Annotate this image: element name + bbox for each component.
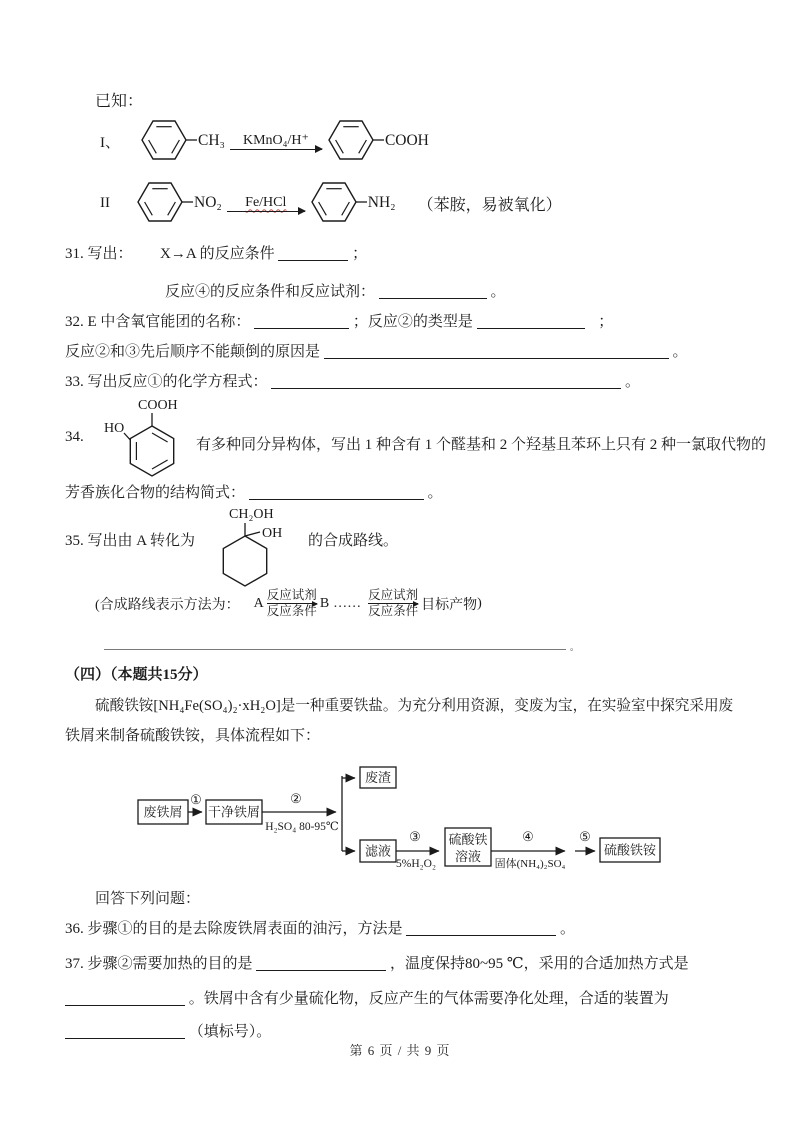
substituent-label: COOH [385, 132, 429, 150]
reaction-arrow: KMnO₄/H⁺ [230, 133, 322, 150]
flow-step2: ② [290, 791, 302, 806]
q33-text: 33. 写出反应①的化学方程式： [65, 374, 268, 390]
flow-box-fesol-line2: 溶液 [455, 849, 481, 864]
q36-text: 36. 步骤①的目的是去除废铁屑表面的油污，方法是 [65, 921, 403, 937]
punct: 。 [428, 485, 443, 501]
reaction-arrow: Fe/HCl [227, 195, 305, 212]
q37-text4: （填标号）。 [189, 1024, 272, 1040]
q32-text3: 反应②和③先后顺序不能颠倒的原因是 [65, 344, 320, 360]
reagent-label: 反应试剂 [267, 588, 317, 603]
target-product: 目标产物 [421, 594, 477, 614]
arrow-shaft [267, 603, 317, 604]
q35-route-note: (合成路线表示方法为： A 反应试剂 反应条件 B …… 反应试剂 反应条件 目… [95, 588, 482, 619]
salicylic-acid-structure: COOH HO [100, 396, 195, 482]
route-arrow: 反应试剂 反应条件 [267, 588, 317, 619]
reaction-2-label: II [100, 195, 110, 212]
punct: 。 [491, 284, 506, 300]
benzene-ring-icon [310, 181, 368, 225]
answer-blank [271, 373, 621, 389]
section4-title: （四）（本题共15分） [65, 666, 208, 685]
q33-line: 33. 写出反应①的化学方程式： 。 [65, 373, 640, 392]
ho-label: HO [104, 421, 124, 436]
q31-text2: 反应④的反应条件和反应试剂： [165, 284, 375, 300]
route-arrow: 反应试剂 反应条件 [368, 588, 418, 619]
arrow-shaft [230, 149, 322, 150]
q34-text1: 有多种同分异构体，写出 1 种含有 1 个醛基和 2 个羟基且苯环上只有 2 种… [196, 436, 766, 455]
reaction-1: I、 CH₃ KMnO₄/H⁺ COOH [100, 119, 429, 163]
flow-box-fesol-line1: 硫酸铁 [448, 832, 487, 847]
note-open: (合成路线表示方法为： [95, 594, 240, 614]
substituent-label: NO₂ [194, 194, 222, 212]
preparation-flowchart: 废铁屑 ① 干净铁屑 ② H₂SO₄ 80-95℃ 废渣 滤液 ③ 5%H₂O₂… [98, 758, 738, 880]
q32-line2: 反应②和③先后顺序不能颠倒的原因是 。 [65, 343, 688, 362]
punct: 。 [560, 921, 575, 937]
answer-blank [256, 955, 386, 971]
flow-cond2: H₂SO₄ 80-95℃ [265, 821, 339, 833]
answer-blank [254, 313, 349, 329]
punct: 。 [570, 638, 579, 657]
exam-page: 已知： I、 CH₃ KMnO₄/H⁺ COOH II [0, 0, 800, 1131]
flow-box-clean: 干净铁屑 [208, 805, 260, 820]
answer-prompt: 回答下列问题： [95, 890, 200, 909]
answer-blank [406, 920, 556, 936]
cooh-label: COOH [138, 398, 178, 413]
q37-line1: 37. 步骤②需要加热的目的是 ，温度保持80~95 ℃，采用的合适加热方式是 [65, 955, 689, 974]
q31-prefix: 31. 写出： [65, 246, 133, 262]
flow-box-residue: 废渣 [365, 770, 391, 785]
aniline-note: （苯胺，易被氧化） [418, 192, 562, 215]
reaction-1-label: I、 [100, 131, 120, 152]
q37-text1: 37. 步骤②需要加热的目的是 [65, 956, 253, 972]
condition-label: 反应条件 [368, 604, 418, 619]
known-label: 已知： [95, 92, 143, 111]
compound-a: A [254, 596, 264, 612]
page-number: 第 6 页 / 共 9 页 [0, 1040, 800, 1059]
flow-cond4: 固体(NH₄)₂SO₄ [495, 856, 566, 870]
answer-blank [65, 990, 185, 1006]
flow-box-filtrate: 滤液 [365, 844, 391, 859]
q32-text1: 32. E 中含氧官能团的名称： [65, 314, 250, 330]
arrow-shaft [227, 211, 305, 212]
section4-paragraph2: 铁屑来制备硫酸铁铵，具体流程如下： [65, 727, 320, 746]
q31-line2: 反应④的反应条件和反应试剂： 。 [165, 283, 506, 302]
punct: ； [598, 314, 613, 330]
benzene-ring-icon [327, 119, 385, 163]
answer-blank [249, 484, 424, 500]
answer-blank [477, 313, 585, 329]
condition-label: 反应条件 [267, 604, 317, 619]
answer-blank [278, 245, 348, 261]
punct: 。 [673, 344, 688, 360]
substituent-label: NH₂ [368, 194, 396, 212]
answer-blank [379, 283, 487, 299]
answer-blank [104, 636, 566, 650]
flow-box-scrap: 废铁屑 [143, 805, 182, 820]
answer-blank [324, 343, 669, 359]
benzene-ring-icon [140, 119, 198, 163]
q37-text2: ，温度保持80~95 ℃，采用的合适加热方式是 [390, 956, 689, 972]
q31-text: X→A 的反应条件 [160, 246, 275, 262]
oh-label: OH [262, 526, 282, 541]
ellipsis: …… [333, 596, 361, 612]
reaction-2: II NO₂ Fe/HCl NH₂ （苯胺，易被氧化） [100, 181, 562, 225]
ch2oh-label: CH₂OH [229, 507, 274, 522]
compound-b: B [320, 596, 329, 612]
q34-text2: 芳香族化合物的结构简式： [65, 485, 245, 501]
reaction-condition: Fe/HCl [240, 195, 291, 211]
flow-step4: ④ [522, 829, 534, 844]
q36-line: 36. 步骤①的目的是去除废铁屑表面的油污，方法是 。 [65, 920, 575, 939]
q35-text2: 的合成路线。 [308, 532, 398, 551]
benzene-ring-icon [136, 181, 194, 225]
flow-step3: ③ [409, 829, 421, 844]
q32-text2: ；反应②的类型是 [353, 314, 473, 330]
section4-paragraph1: 硫酸铁铵[NH₄Fe(SO₄)₂·xH₂O]是一种重要铁盐。为充分利用资源，变废… [95, 697, 733, 716]
reaction-condition: KMnO₄/H⁺ [238, 133, 314, 149]
arrow-shaft [368, 603, 418, 604]
flow-step1: ① [190, 792, 202, 807]
q37-text3: 。铁屑中含有少量硫化物，反应产生的气体需要净化处理，合适的装置为 [189, 991, 669, 1007]
q35-text1: 35. 写出由 A 转化为 [65, 532, 195, 551]
q32-line1: 32. E 中含氧官能团的名称： ；反应②的类型是 ； [65, 313, 613, 332]
reagent-label: 反应试剂 [368, 588, 418, 603]
note-close: ) [477, 596, 482, 612]
substituent-label: CH₃ [198, 132, 225, 150]
flow-cond3: 5%H₂O₂ [396, 858, 436, 870]
punct: 。 [625, 374, 640, 390]
q31-line1: 31. 写出： X→A 的反应条件 ； [65, 245, 367, 264]
q37-line2: 。铁屑中含有少量硫化物，反应产生的气体需要净化处理，合适的装置为 [65, 990, 669, 1009]
cyclohexanol-structure: CH₂OH OH [203, 504, 303, 592]
punct: ； [352, 246, 367, 262]
flow-box-product: 硫酸铁铵 [604, 843, 657, 858]
q34-line2: 芳香族化合物的结构简式： 。 [65, 484, 443, 503]
answer-blank [65, 1023, 185, 1039]
flow-step5: ⑤ [579, 829, 591, 844]
q34-number: 34. [65, 428, 84, 447]
